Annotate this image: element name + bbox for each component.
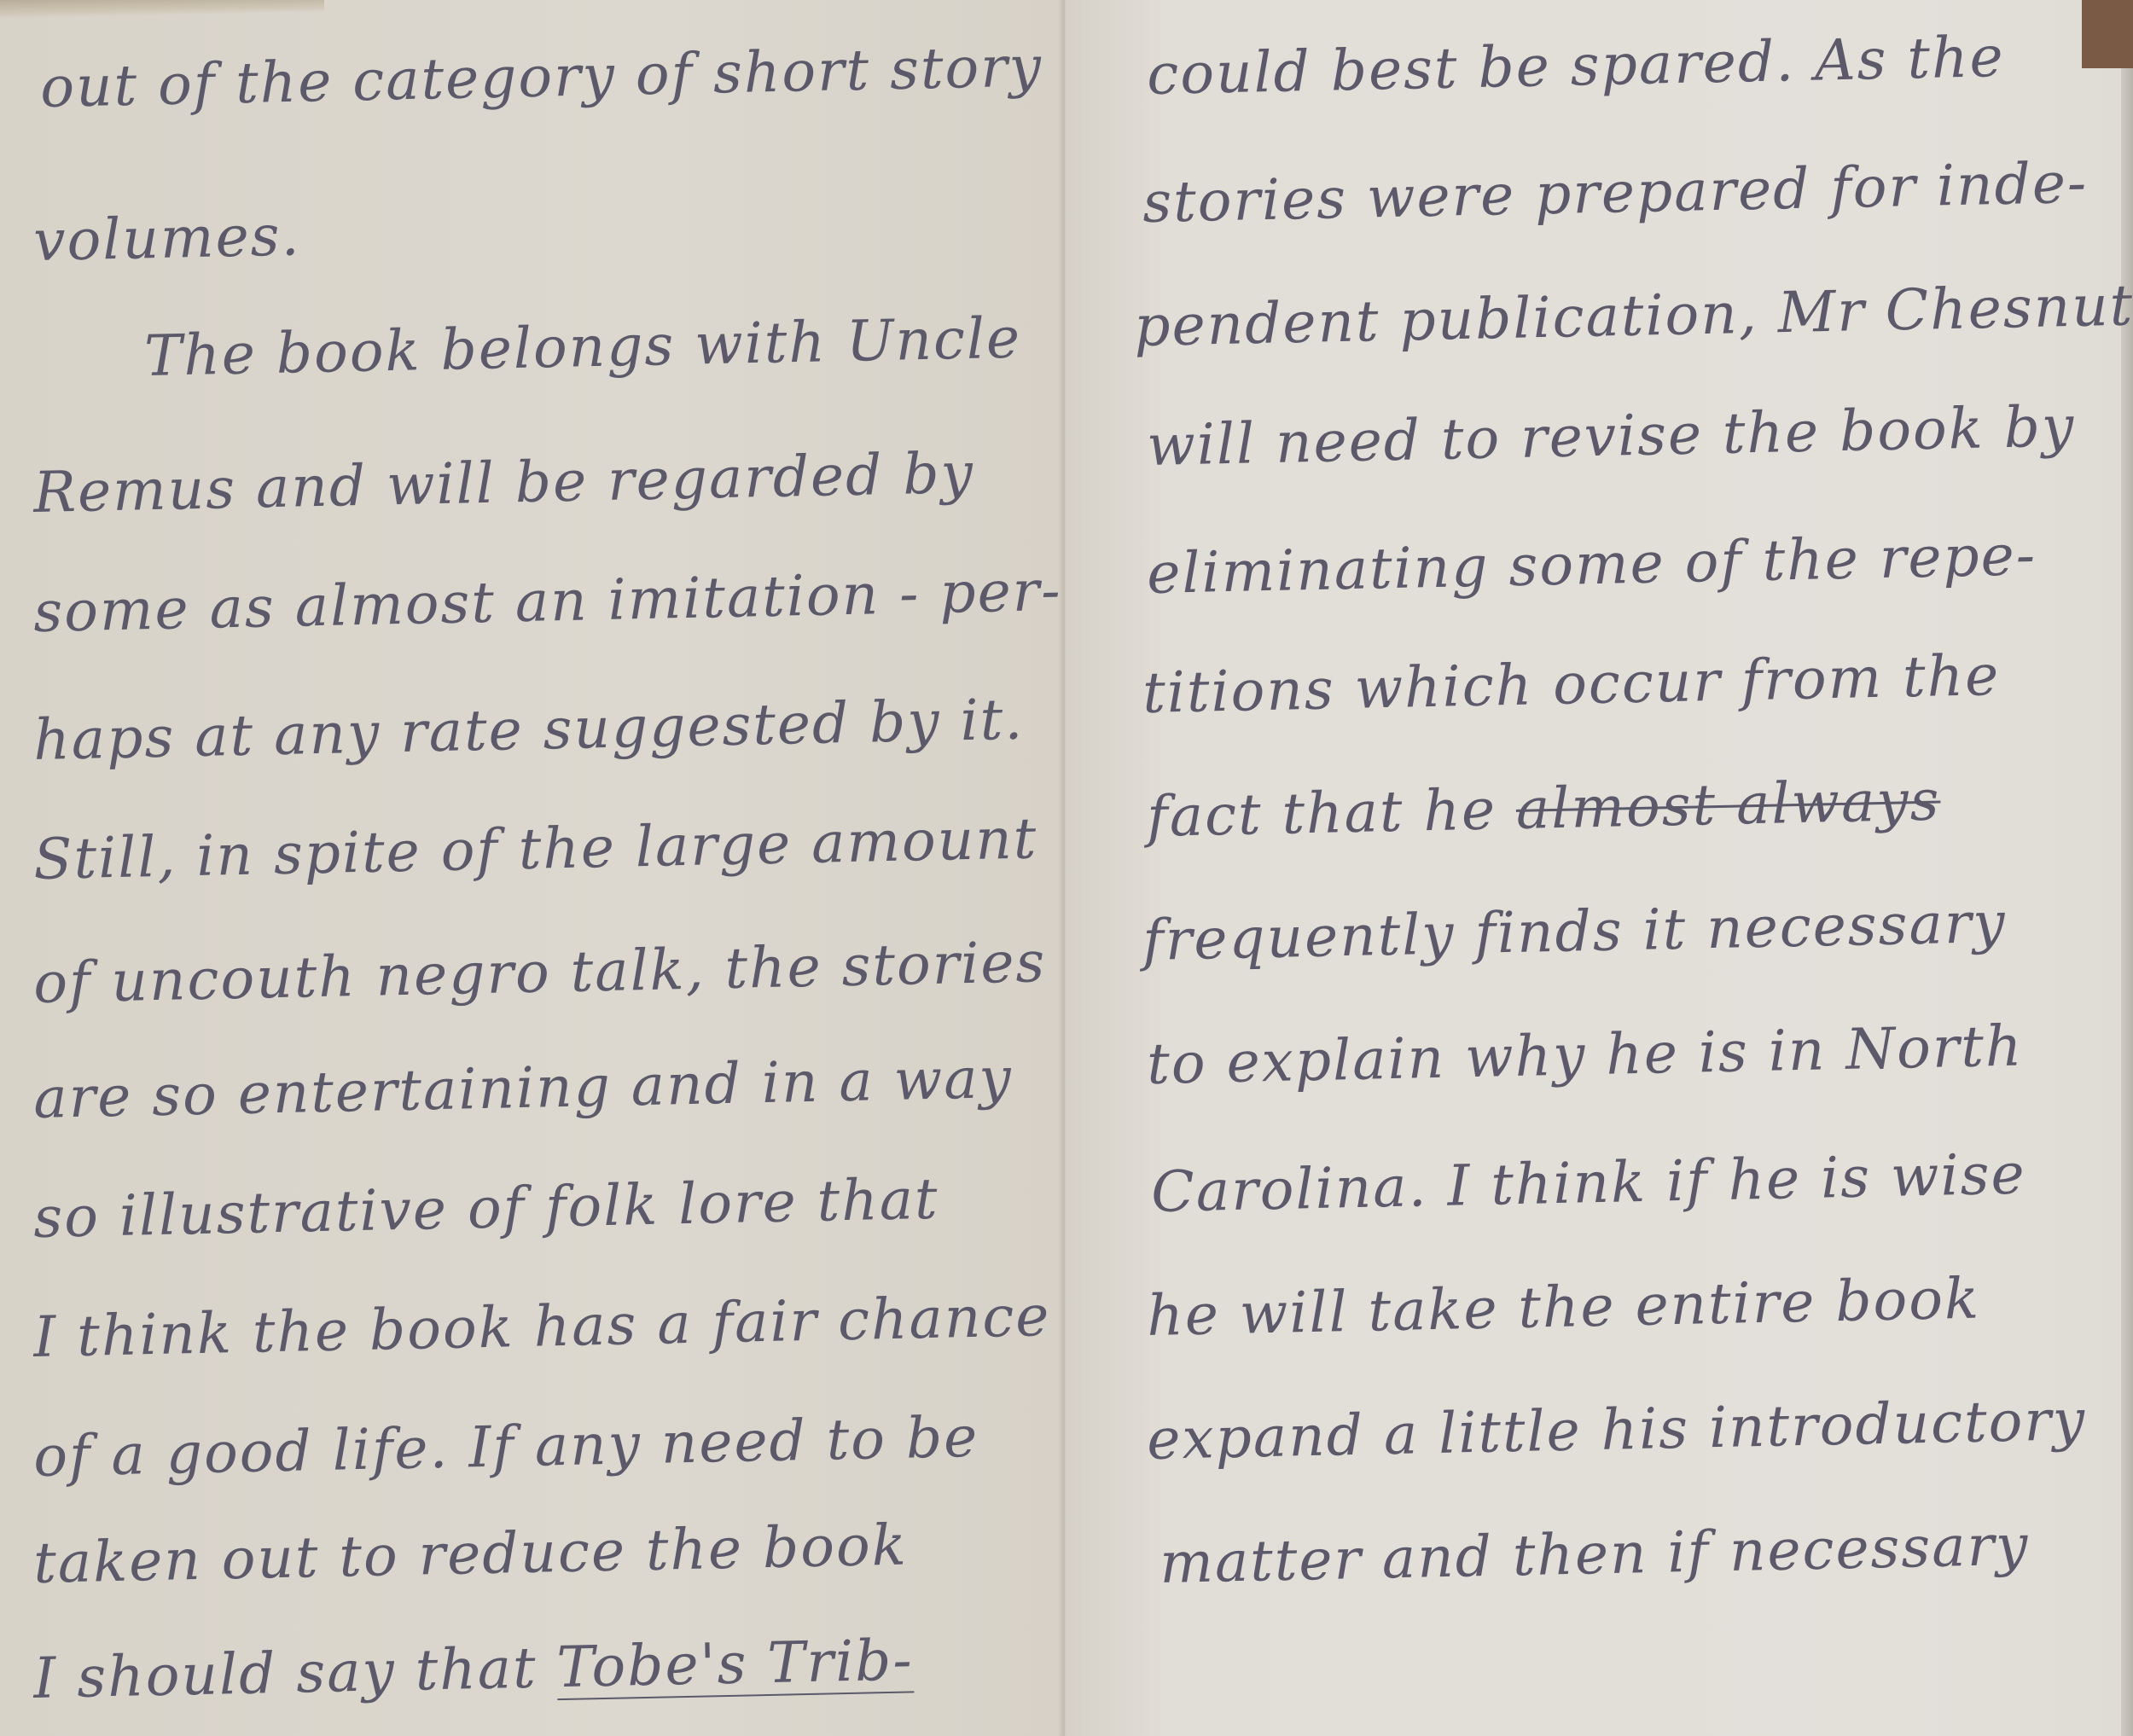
line-text: fact that he xyxy=(1146,776,1516,850)
line-text: I should say that xyxy=(32,1634,557,1711)
struck-through-text: almost always xyxy=(1515,768,1941,842)
book-gutter xyxy=(1058,0,1066,1736)
right-page xyxy=(1063,0,2121,1736)
manuscript-spread: out of the category of short story volum… xyxy=(0,0,2133,1736)
handwritten-line: could best be spared. As the xyxy=(1147,29,2006,103)
handwritten-line: fact that he almost always xyxy=(1147,773,1941,845)
handwritten-line: titions which occur from the xyxy=(1142,647,2001,722)
handwritten-line: frequently finds it necessary xyxy=(1142,895,2008,969)
handwritten-line: he will take the entire book xyxy=(1147,1271,1981,1344)
underlined-title: Tobe's Trib- xyxy=(556,1627,915,1700)
handwritten-line: volumes. xyxy=(33,207,301,270)
desk-background xyxy=(2082,0,2133,68)
